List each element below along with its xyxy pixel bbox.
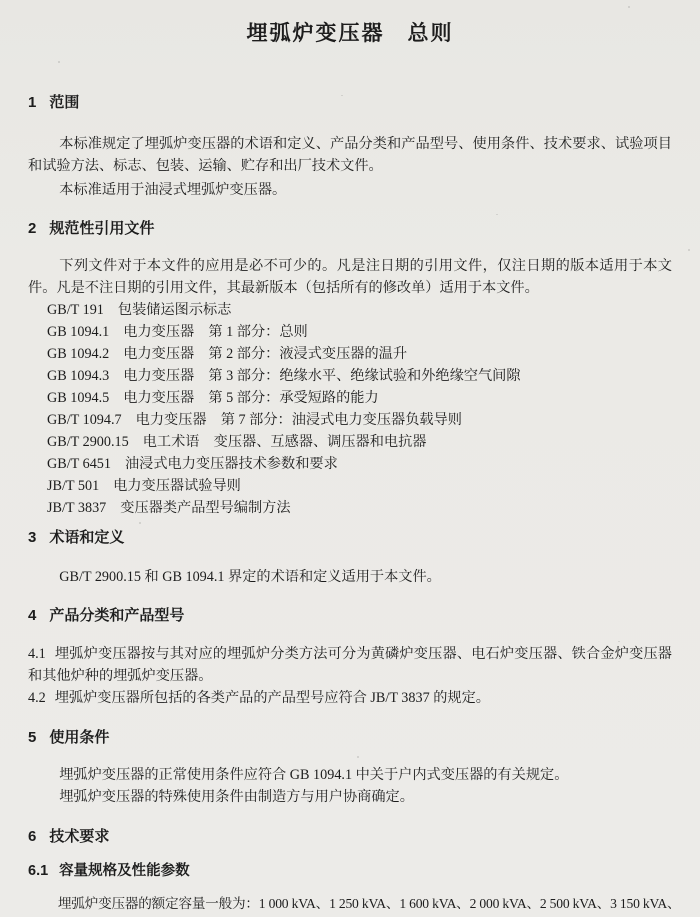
section-2-label: 规范性引用文件 xyxy=(49,220,154,237)
scan-speck xyxy=(357,756,359,758)
reference-code: GB 1094.5 xyxy=(47,390,109,406)
section-6-1-heading: 6.1容量规格及性能参数 xyxy=(28,860,672,882)
service-conditions-special: 埋弧炉变压器的特殊使用条件由制造方与用户协商确定。 xyxy=(28,786,672,808)
scan-speck xyxy=(628,6,630,8)
scope-paragraph: 本标准规定了埋弧炉变压器的术语和定义、产品分类和产品型号、使用条件、技术要求、试… xyxy=(28,133,672,177)
terms-paragraph: GB/T 2900.15 和 GB 1094.1 界定的术语和定义适用于本文件。 xyxy=(28,566,672,588)
section-5-label: 使用条件 xyxy=(49,729,109,746)
reference-item: GB/T 6451油浸式电力变压器技术参数和要求 xyxy=(47,453,672,475)
clause-4-2: 4.2埋弧炉变压器所包括的各类产品的产品型号应符合 JB/T 3837 的规定。 xyxy=(28,687,672,709)
scan-speck xyxy=(139,522,141,524)
section-3-number: 3 xyxy=(28,529,36,546)
section-4-heading: 4产品分类和产品型号 xyxy=(28,605,672,627)
reference-title: 电力变压器 第 7 部分：油浸式电力变压器负载导则 xyxy=(136,412,462,428)
clause-4-2-number: 4.2 xyxy=(28,690,46,706)
document-title: 埋弧炉变压器 总则 xyxy=(28,21,672,47)
reference-item: GB 1094.5电力变压器 第 5 部分：承受短路的能力 xyxy=(47,387,672,409)
reference-title: 包装储运图示标志 xyxy=(118,302,232,318)
document-page: 埋弧炉变压器 总则 1范围 本标准规定了埋弧炉变压器的术语和定义、产品分类和产品… xyxy=(0,0,700,917)
reference-title: 电力变压器 第 3 部分：绝缘水平、绝缘试验和外绝缘空气间隙 xyxy=(123,368,520,384)
reference-item: GB/T 2900.15电工术语 变压器、互感器、调压器和电抗器 xyxy=(47,431,672,453)
reference-title: 电力变压器 第 5 部分：承受短路的能力 xyxy=(123,390,378,406)
reference-code: GB/T 2900.15 xyxy=(47,434,129,450)
reference-code: JB/T 501 xyxy=(47,478,99,494)
clause-4-1-number: 4.1 xyxy=(28,646,46,662)
section-4-label: 产品分类和产品型号 xyxy=(49,607,184,624)
section-6-number: 6 xyxy=(28,828,36,845)
reference-item: JB/T 501电力变压器试验导则 xyxy=(47,475,672,497)
section-1-heading: 1范围 xyxy=(28,92,672,114)
normative-references-intro: 下列文件对于本文件的应用是必不可少的。凡是注日期的引用文件，仅注日期的版本适用于… xyxy=(28,255,672,299)
section-5-number: 5 xyxy=(28,729,36,746)
section-3-label: 术语和定义 xyxy=(49,529,124,546)
reference-item: GB/T 1094.7电力变压器 第 7 部分：油浸式电力变压器负载导则 xyxy=(47,409,672,431)
section-1-label: 范围 xyxy=(49,94,79,111)
reference-code: GB 1094.2 xyxy=(47,346,109,362)
reference-code: GB 1094.1 xyxy=(47,324,109,340)
scan-speck xyxy=(341,95,343,96)
service-conditions-normal: 埋弧炉变压器的正常使用条件应符合 GB 1094.1 中关于户内式变压器的有关规… xyxy=(28,764,672,786)
section-2-heading: 2规范性引用文件 xyxy=(28,218,672,240)
section-2-number: 2 xyxy=(28,220,36,237)
reference-title: 电工术语 变压器、互感器、调压器和电抗器 xyxy=(143,434,427,450)
clause-4-1: 4.1埋弧炉变压器按与其对应的埋弧炉分类方法可分为黄磷炉变压器、电石炉变压器、铁… xyxy=(28,643,672,687)
reference-code: GB/T 6451 xyxy=(47,456,111,472)
reference-title: 变压器类产品型号编制方法 xyxy=(120,500,290,516)
reference-item: GB 1094.3电力变压器 第 3 部分：绝缘水平、绝缘试验和外绝缘空气间隙 xyxy=(47,365,672,387)
section-6-label: 技术要求 xyxy=(49,828,109,845)
reference-title: 电力变压器 第 1 部分：总则 xyxy=(123,324,307,340)
section-6-1-label: 容量规格及性能参数 xyxy=(59,863,190,879)
reference-code: GB/T 191 xyxy=(47,302,104,318)
reference-item: GB/T 191包装储运图示标志 xyxy=(47,299,672,321)
reference-item: GB 1094.1电力变压器 第 1 部分：总则 xyxy=(47,321,672,343)
reference-title: 电力变压器试验导则 xyxy=(113,478,241,494)
section-6-heading: 6技术要求 xyxy=(28,826,672,848)
scan-speck xyxy=(618,641,620,642)
rated-capacity-paragraph: 埋弧炉变压器的额定容量一般为：1 000 kVA、1 250 kVA、1 600… xyxy=(28,893,672,915)
section-3-heading: 3术语和定义 xyxy=(28,527,672,549)
reference-item: GB 1094.2电力变压器 第 2 部分：液浸式变压器的温升 xyxy=(47,343,672,365)
reference-code: JB/T 3837 xyxy=(47,500,106,516)
reference-item: JB/T 3837变压器类产品型号编制方法 xyxy=(47,497,672,519)
reference-code: GB 1094.3 xyxy=(47,368,109,384)
section-1-number: 1 xyxy=(28,94,36,111)
scope-applicability: 本标准适用于油浸式埋弧炉变压器。 xyxy=(28,179,672,201)
clause-4-2-text: 埋弧炉变压器所包括的各类产品的产品型号应符合 JB/T 3837 的规定。 xyxy=(55,690,490,706)
section-4-number: 4 xyxy=(28,607,36,624)
reference-title: 油浸式电力变压器技术参数和要求 xyxy=(125,456,338,472)
scan-speck xyxy=(496,214,498,215)
clause-4-1-text: 埋弧炉变压器按与其对应的埋弧炉分类方法可分为黄磷炉变压器、电石炉变压器、铁合金炉… xyxy=(28,646,672,684)
reference-code: GB/T 1094.7 xyxy=(47,412,122,428)
scan-speck xyxy=(58,61,60,63)
scan-speck xyxy=(688,249,690,251)
reference-title: 电力变压器 第 2 部分：液浸式变压器的温升 xyxy=(123,346,407,362)
section-5-heading: 5使用条件 xyxy=(28,727,672,749)
section-6-1-number: 6.1 xyxy=(28,863,48,879)
